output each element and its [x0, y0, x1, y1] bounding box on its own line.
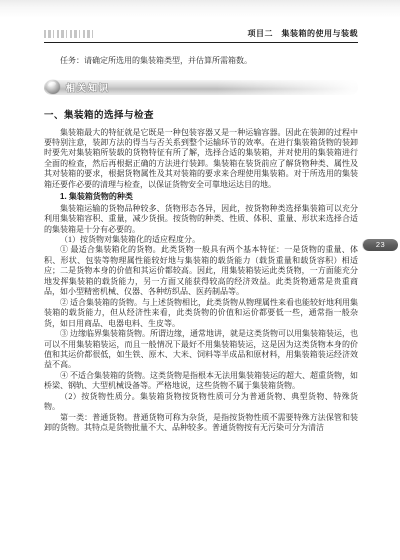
- paragraph: ① 最适合集装箱化的货物。此类货物一般具有两个基本特征：一是货物的重量、体积、形…: [44, 245, 358, 297]
- chapter-title: 项目二 集装箱的使用与装载: [248, 28, 359, 39]
- scan-top-shading: [0, 0, 400, 18]
- sphere-icon: [46, 80, 60, 94]
- page-header: 项目二 集装箱的使用与装载: [44, 28, 358, 43]
- paragraph: 集装箱运输的货物品种较多、货物形态各异，因此，按货物种类选择集装箱可以充分利用集…: [44, 204, 358, 235]
- body-text: 集装箱最大的特征就是它既是一种包装容器又是一种运输容器。因此在装卸的过程中要特别…: [44, 128, 358, 434]
- paragraph: ③ 边缘临界集装箱货物。所谓边缘，通常地讲，就是这类货物可以用集装箱装运，也可以…: [44, 329, 358, 371]
- paragraph: （1）按货物对集装箱化的适应程度分。: [44, 235, 358, 245]
- registration-marks-icon: [44, 30, 94, 38]
- related-knowledge-banner: 相关知识: [44, 80, 358, 95]
- subheading-cargo-types: 1. 集装箱货物的种类: [44, 192, 358, 202]
- paragraph: （2）按货物性质分。集装箱货物按货物性质可分为普通货物、典型货物、特殊货物。: [44, 392, 358, 413]
- paragraph: ④ 不适合集装箱的货物。这类货物是指根本无法用集装箱装运的超大、超重货物，如桥梁…: [44, 371, 358, 392]
- paragraph: 集装箱最大的特征就是它既是一种包装容器又是一种运输容器。因此在装卸的过程中要特别…: [44, 128, 358, 191]
- banner-label: 相关知识: [66, 81, 110, 94]
- page-number-tab: 23: [363, 239, 398, 251]
- paragraph: ② 适合集装箱的货物。与上述货物相比，此类货物从物理属性来看也能较好地利用集装箱…: [44, 298, 358, 329]
- section-heading: 一、集装箱的选择与检查: [44, 107, 358, 121]
- page: 项目二 集装箱的使用与装载 任务：请确定所选用的集装箱类型，并估算所需箱数。 相…: [44, 28, 358, 434]
- task-line: 任务：请确定所选用的集装箱类型，并估算所需箱数。: [44, 56, 358, 67]
- paragraph: 第一类：普通货物。普通货物可称为杂货，是指按货物性质不需要特殊方法保管和装卸的货…: [44, 413, 358, 434]
